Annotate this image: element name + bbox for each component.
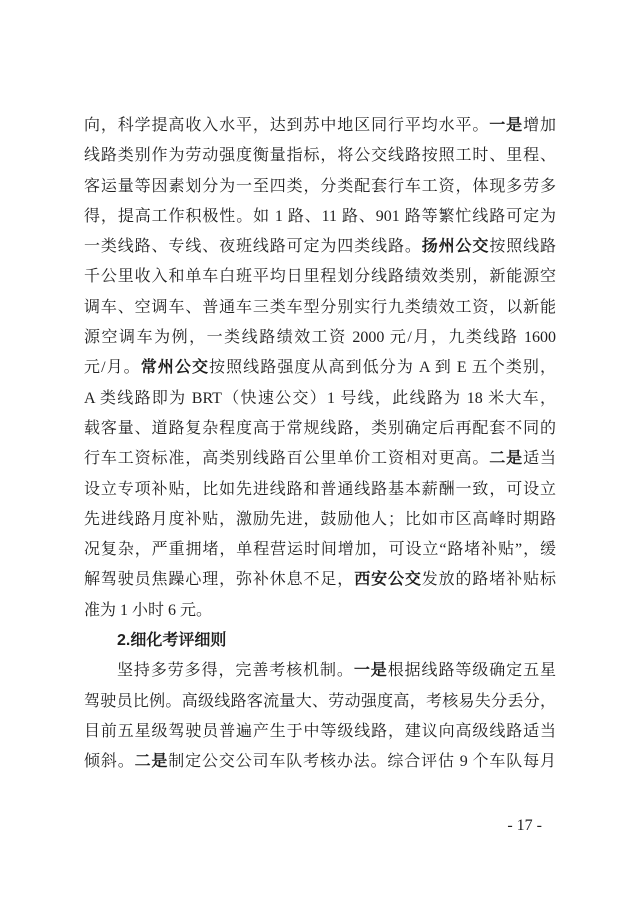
body-line: 坚持多劳多得，完善考核机制。一是根据线路等级确定五星 xyxy=(84,656,556,686)
body-line: 准为 1 小时 6 元。 xyxy=(84,596,556,626)
body-text: 客运量等因素划分为一至四类，分类配套行车工资，体现多劳多 xyxy=(84,178,556,195)
body-text: 元/月。 xyxy=(84,359,141,376)
body-text: 解驾驶员焦躁心理，弥补休息不足， xyxy=(84,571,354,588)
body-text: 源空调车为例，一类线路绩效工资 2000 元/月，九类线路 1600 xyxy=(84,329,556,346)
emphasis-text: 2.细化考评细则 xyxy=(117,632,226,649)
body-text: 线路类别作为劳动强度衡量指标，将公交线路按照工时、里程、 xyxy=(84,147,556,164)
body-text: 倾斜。 xyxy=(84,753,135,770)
body-line: A 类线路即为 BRT（快速公交）1 号线，此线路为 18 米大车， xyxy=(84,384,556,414)
body-text: 先进线路月度补贴，激励先进，鼓励他人；比如市区高峰时期路 xyxy=(84,511,556,528)
emphasis-text: 二是 xyxy=(135,753,169,770)
body-text: 设立专项补贴，比如先进线路和普通线路基本薪酬一致，可设立 xyxy=(84,481,556,498)
body-line: 向，科学提高收入水平，达到苏中地区同行平均水平。一是增加 xyxy=(84,111,556,141)
emphasis-text: 二是 xyxy=(489,450,523,467)
body-line: 目前五星级驾驶员普遍产生于中等级线路，建议向高级线路适当 xyxy=(84,717,556,747)
page-number: - 17 - xyxy=(84,815,542,837)
body-text: 行车工资标准，高类别线路百公里单价工资相对更高。 xyxy=(84,450,489,467)
body-line: 元/月。常州公交按照线路强度从高到低分为 A 到 E 五个类别， xyxy=(84,353,556,383)
body-line: 线路类别作为劳动强度衡量指标，将公交线路按照工时、里程、 xyxy=(84,141,556,171)
emphasis-text: 一是 xyxy=(354,662,388,679)
emphasis-text: 一是 xyxy=(489,117,523,134)
emphasis-text: 常州公交 xyxy=(141,359,209,376)
document-body: 向，科学提高收入水平，达到苏中地区同行平均水平。一是增加线路类别作为劳动强度衡量… xyxy=(84,111,556,778)
body-text: 根据线路等级确定五星 xyxy=(388,662,556,679)
body-text: A 类线路即为 BRT（快速公交）1 号线，此线路为 18 米大车， xyxy=(84,390,556,407)
body-line: 设立专项补贴，比如先进线路和普通线路基本薪酬一致，可设立 xyxy=(84,475,556,505)
body-text: 按照线路强度从高到低分为 A 到 E 五个类别， xyxy=(209,359,556,376)
body-text: 坚持多劳多得，完善考核机制。 xyxy=(117,662,354,679)
body-text: 调车、空调车、普通车三类车型分别实行九类绩效工资，以新能 xyxy=(84,299,556,316)
body-line: 倾斜。二是制定公交公司车队考核办法。综合评估 9 个车队每月 xyxy=(84,747,556,777)
body-line: 先进线路月度补贴，激励先进，鼓励他人；比如市区高峰时期路 xyxy=(84,505,556,535)
body-line: 源空调车为例，一类线路绩效工资 2000 元/月，九类线路 1600 xyxy=(84,323,556,353)
body-text: 况复杂，严重拥堵，单程营运时间增加，可设立“路堵补贴”，缓 xyxy=(84,541,556,558)
body-text: 增加 xyxy=(523,117,556,134)
body-text: 适当 xyxy=(523,450,556,467)
body-text: 得，提高工作积极性。如 1 路、11 路、901 路等繁忙线路可定为 xyxy=(84,208,556,225)
body-text: 按照线路 xyxy=(489,238,556,255)
body-line: 解驾驶员焦躁心理，弥补休息不足，西安公交发放的路堵补贴标 xyxy=(84,565,556,595)
body-text: 制定公交公司车队考核办法。综合评估 9 个车队每月 xyxy=(168,753,556,770)
body-text: 准为 1 小时 6 元。 xyxy=(84,602,212,619)
body-line: 一类线路、专线、夜班线路可定为四类线路。扬州公交按照线路 xyxy=(84,232,556,262)
body-line: 调车、空调车、普通车三类车型分别实行九类绩效工资，以新能 xyxy=(84,293,556,323)
emphasis-text: 扬州公交 xyxy=(422,238,490,255)
body-text: 发放的路堵补贴标 xyxy=(422,571,556,588)
body-line: 千公里收入和单车白班平均日里程划分线路绩效类别，新能源空 xyxy=(84,262,556,292)
body-line: 得，提高工作积极性。如 1 路、11 路、901 路等繁忙线路可定为 xyxy=(84,202,556,232)
body-line: 况复杂，严重拥堵，单程营运时间增加，可设立“路堵补贴”，缓 xyxy=(84,535,556,565)
document-page: 向，科学提高收入水平，达到苏中地区同行平均水平。一是增加线路类别作为劳动强度衡量… xyxy=(0,0,636,900)
body-line: 客运量等因素划分为一至四类，分类配套行车工资，体现多劳多 xyxy=(84,172,556,202)
body-text: 向，科学提高收入水平，达到苏中地区同行平均水平。 xyxy=(84,117,489,134)
body-line: 行车工资标准，高类别线路百公里单价工资相对更高。二是适当 xyxy=(84,444,556,474)
body-text: 驾驶员比例。高级线路客流量大、劳动强度高，考核易失分丢分， xyxy=(84,693,556,710)
body-text: 千公里收入和单车白班平均日里程划分线路绩效类别，新能源空 xyxy=(84,268,556,285)
body-text: 载客量、道路复杂程度高于常规线路，类别确定后再配套不同的 xyxy=(84,420,556,437)
body-line: 驾驶员比例。高级线路客流量大、劳动强度高，考核易失分丢分， xyxy=(84,687,556,717)
body-line: 2.细化考评细则 xyxy=(84,626,556,656)
body-text: 一类线路、专线、夜班线路可定为四类线路。 xyxy=(84,238,422,255)
body-text: 目前五星级驾驶员普遍产生于中等级线路，建议向高级线路适当 xyxy=(84,723,556,740)
body-line: 载客量、道路复杂程度高于常规线路，类别确定后再配套不同的 xyxy=(84,414,556,444)
emphasis-text: 西安公交 xyxy=(354,571,422,588)
